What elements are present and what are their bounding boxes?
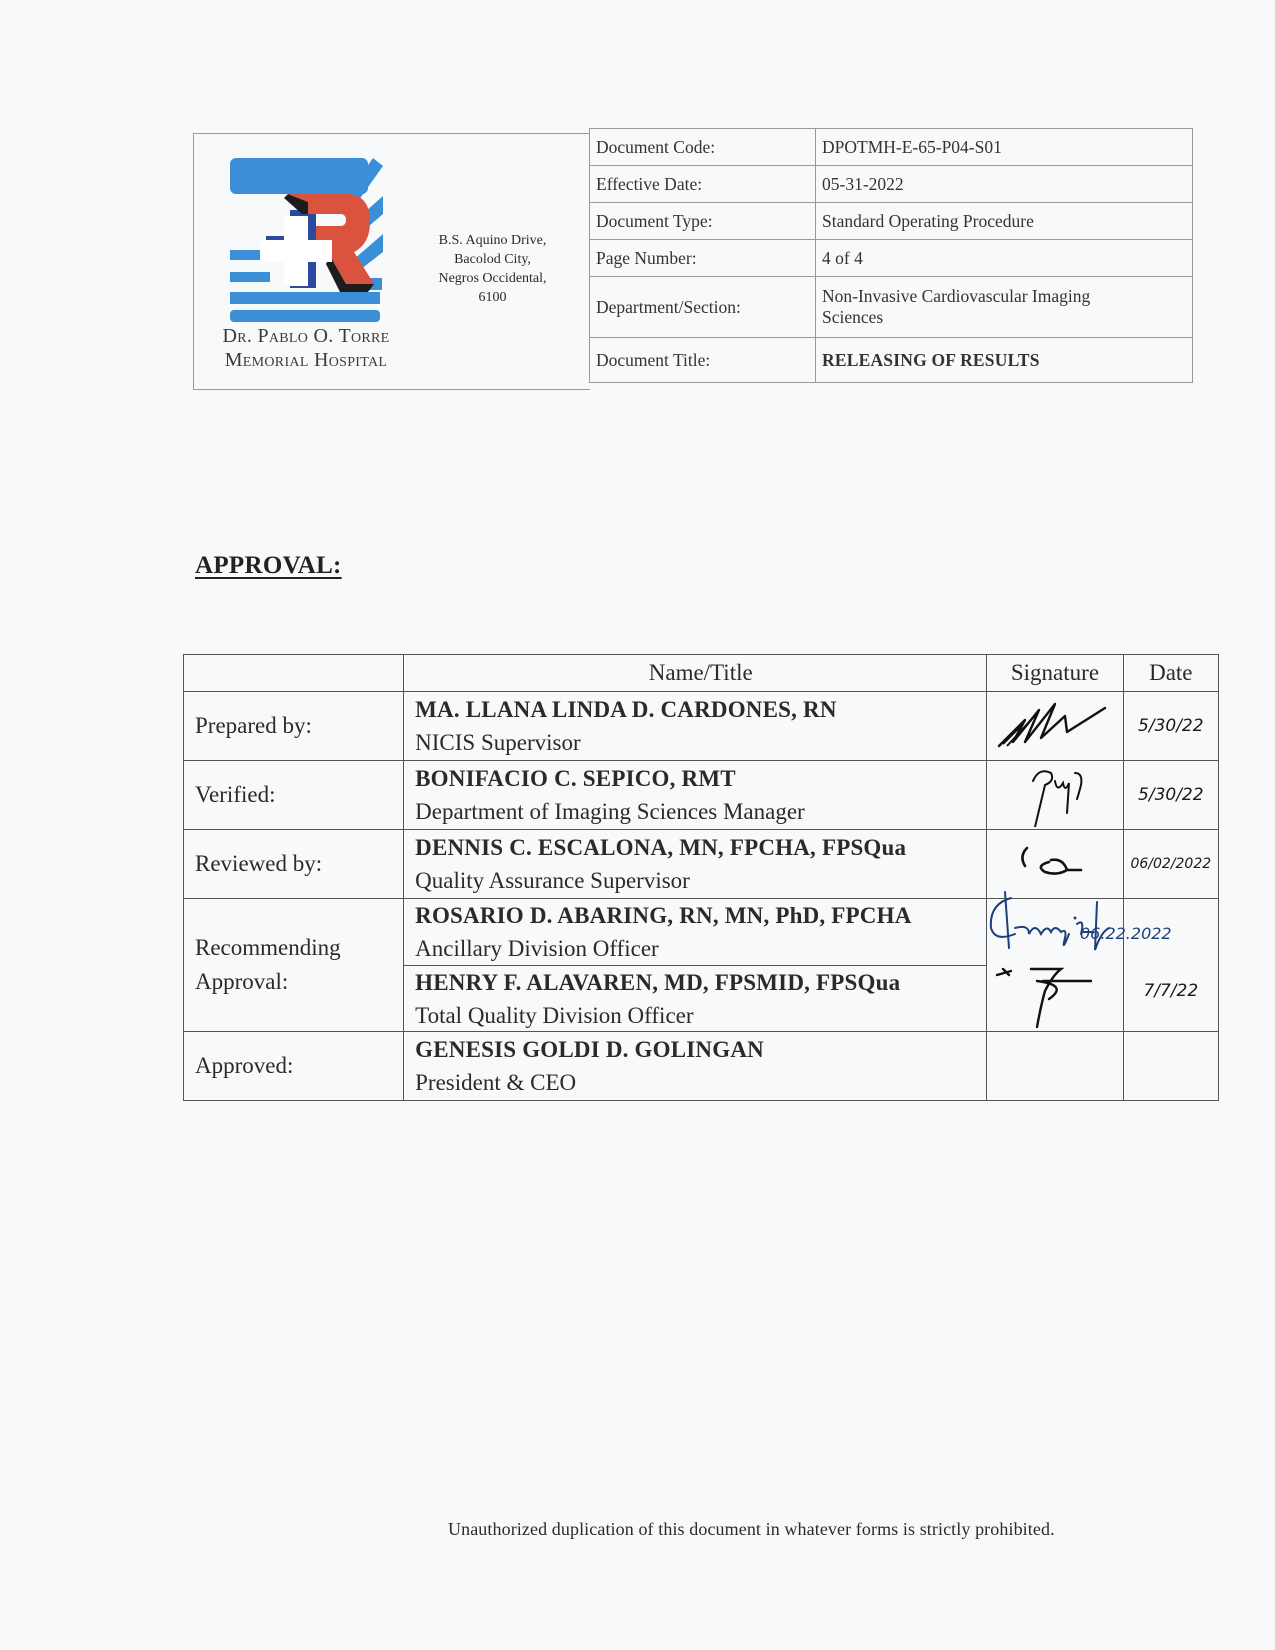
name-title-cell: BONIFACIO C. SEPICO, RMT Department of I… bbox=[404, 761, 987, 830]
role-label: Recommending Approval: bbox=[184, 899, 404, 1032]
approval-heading: APPROVAL: bbox=[195, 552, 342, 580]
column-header-name-title: Name/Title bbox=[404, 655, 987, 692]
signature-cell bbox=[987, 830, 1123, 899]
address-line: Bacolod City, bbox=[415, 250, 570, 269]
role-label-line2: Approval: bbox=[195, 965, 403, 999]
meta-row-type: Document Type: Standard Operating Proced… bbox=[590, 203, 1193, 240]
signatory-name: DENNIS C. ESCALONA, MN, FPCHA, FPSQua bbox=[415, 831, 986, 864]
recommender-1: ROSARIO D. ABARING, RN, MN, PhD, FPCHA A… bbox=[404, 899, 986, 965]
signature-icon bbox=[995, 698, 1115, 754]
meta-row-effective-date: Effective Date: 05-31-2022 bbox=[590, 166, 1193, 203]
meta-label: Document Type: bbox=[590, 203, 816, 240]
approval-row-recommending: Recommending Approval: ROSARIO D. ABARIN… bbox=[184, 899, 1219, 1032]
department-line1: Non-Invasive Cardiovascular Imaging bbox=[822, 286, 1186, 307]
signatory-name: GENESIS GOLDI D. GOLINGAN bbox=[415, 1033, 986, 1066]
meta-row-department: Department/Section: Non-Invasive Cardiov… bbox=[590, 277, 1193, 338]
document-title: RELEASING OF RESULTS bbox=[816, 338, 1193, 383]
meta-row-title: Document Title: RELEASING OF RESULTS bbox=[590, 338, 1193, 383]
signature-cell bbox=[987, 761, 1123, 830]
role-label: Approved: bbox=[184, 1032, 404, 1101]
address-line: 6100 bbox=[415, 288, 570, 307]
signature-icon bbox=[995, 961, 1115, 1031]
meta-row-page: Page Number: 4 of 4 bbox=[590, 240, 1193, 277]
signatory-title: Department of Imaging Sciences Manager bbox=[415, 795, 986, 828]
footer-notice: Unauthorized duplication of this documen… bbox=[448, 1519, 1055, 1540]
signatory-title: NICIS Supervisor bbox=[415, 726, 986, 759]
signature-cell bbox=[987, 899, 1123, 1032]
approval-row-approved: Approved: GENESIS GOLDI D. GOLINGAN Pres… bbox=[184, 1032, 1219, 1101]
name-title-cell: GENESIS GOLDI D. GOLINGAN President & CE… bbox=[404, 1032, 987, 1101]
signatory-title: President & CEO bbox=[415, 1066, 986, 1099]
signature-cell bbox=[987, 692, 1123, 761]
address-line: B.S. Aquino Drive, bbox=[415, 231, 570, 250]
department-line2: Sciences bbox=[822, 307, 1186, 328]
hospital-logo-icon bbox=[228, 156, 384, 324]
name-title-cell: DENNIS C. ESCALONA, MN, FPCHA, FPSQua Qu… bbox=[404, 830, 987, 899]
signatory-name: ROSARIO D. ABARING, RN, MN, PhD, FPCHA bbox=[415, 899, 986, 932]
signatory-name: BONIFACIO C. SEPICO, RMT bbox=[415, 762, 986, 795]
blue-ink-date: 06.22.2022 bbox=[1080, 924, 1172, 943]
hospital-address: B.S. Aquino Drive, Bacolod City, Negros … bbox=[415, 231, 570, 307]
approval-row-verified: Verified: BONIFACIO C. SEPICO, RMT Depar… bbox=[184, 761, 1219, 830]
page-number: 4 of 4 bbox=[816, 240, 1193, 277]
signature-date: 06/02/2022 bbox=[1123, 830, 1218, 899]
signatory-title: Total Quality Division Officer bbox=[415, 999, 986, 1032]
signatory-name: HENRY F. ALAVAREN, MD, FPSMID, FPSQua bbox=[415, 966, 986, 999]
approval-row-reviewed: Reviewed by: DENNIS C. ESCALONA, MN, FPC… bbox=[184, 830, 1219, 899]
approval-row-prepared: Prepared by: MA. LLANA LINDA D. CARDONES… bbox=[184, 692, 1219, 761]
signature-date: 5/30/22 bbox=[1123, 761, 1218, 830]
name-title-cell: ROSARIO D. ABARING, RN, MN, PhD, FPCHA A… bbox=[404, 899, 987, 1032]
meta-label: Document Title: bbox=[590, 338, 816, 383]
signature-date: 5/30/22 bbox=[1123, 692, 1218, 761]
hospital-name: Dr. Pablo O. Torre Memorial Hospital bbox=[200, 324, 412, 372]
effective-date: 05-31-2022 bbox=[816, 166, 1193, 203]
column-header-date: Date bbox=[1123, 655, 1218, 692]
signature-date bbox=[1123, 1032, 1218, 1101]
signature-date: 7/7/22 bbox=[1123, 899, 1218, 1032]
document-metadata-table: Document Code: DPOTMH-E-65-P04-S01 Effec… bbox=[589, 128, 1193, 383]
signature-cell bbox=[987, 1032, 1123, 1101]
meta-label: Department/Section: bbox=[590, 277, 816, 338]
signature-icon bbox=[1005, 844, 1105, 884]
department-section: Non-Invasive Cardiovascular Imaging Scie… bbox=[816, 277, 1193, 338]
role-label-line1: Recommending bbox=[195, 931, 403, 965]
signatory-title: Ancillary Division Officer bbox=[415, 932, 986, 965]
role-label: Prepared by: bbox=[184, 692, 404, 761]
role-label: Verified: bbox=[184, 761, 404, 830]
signatory-name: MA. LLANA LINDA D. CARDONES, RN bbox=[415, 693, 986, 726]
meta-label: Document Code: bbox=[590, 129, 816, 166]
meta-row-code: Document Code: DPOTMH-E-65-P04-S01 bbox=[590, 129, 1193, 166]
recommender-2: HENRY F. ALAVAREN, MD, FPSMID, FPSQua To… bbox=[404, 965, 986, 1031]
document-code: DPOTMH-E-65-P04-S01 bbox=[816, 129, 1193, 166]
signatory-title: Quality Assurance Supervisor bbox=[415, 864, 986, 897]
name-title-cell: MA. LLANA LINDA D. CARDONES, RN NICIS Su… bbox=[404, 692, 987, 761]
hospital-name-line2: Memorial Hospital bbox=[200, 348, 412, 372]
meta-label: Effective Date: bbox=[590, 166, 816, 203]
column-header-signature: Signature bbox=[987, 655, 1123, 692]
hospital-name-line1: Dr. Pablo O. Torre bbox=[200, 324, 412, 348]
signature-icon bbox=[1005, 763, 1105, 827]
address-line: Negros Occidental, bbox=[415, 269, 570, 288]
document-type: Standard Operating Procedure bbox=[816, 203, 1193, 240]
column-header-role bbox=[184, 655, 404, 692]
approval-header-row: Name/Title Signature Date bbox=[184, 655, 1219, 692]
meta-label: Page Number: bbox=[590, 240, 816, 277]
role-label: Reviewed by: bbox=[184, 830, 404, 899]
approval-table: Name/Title Signature Date Prepared by: M… bbox=[183, 654, 1219, 1101]
